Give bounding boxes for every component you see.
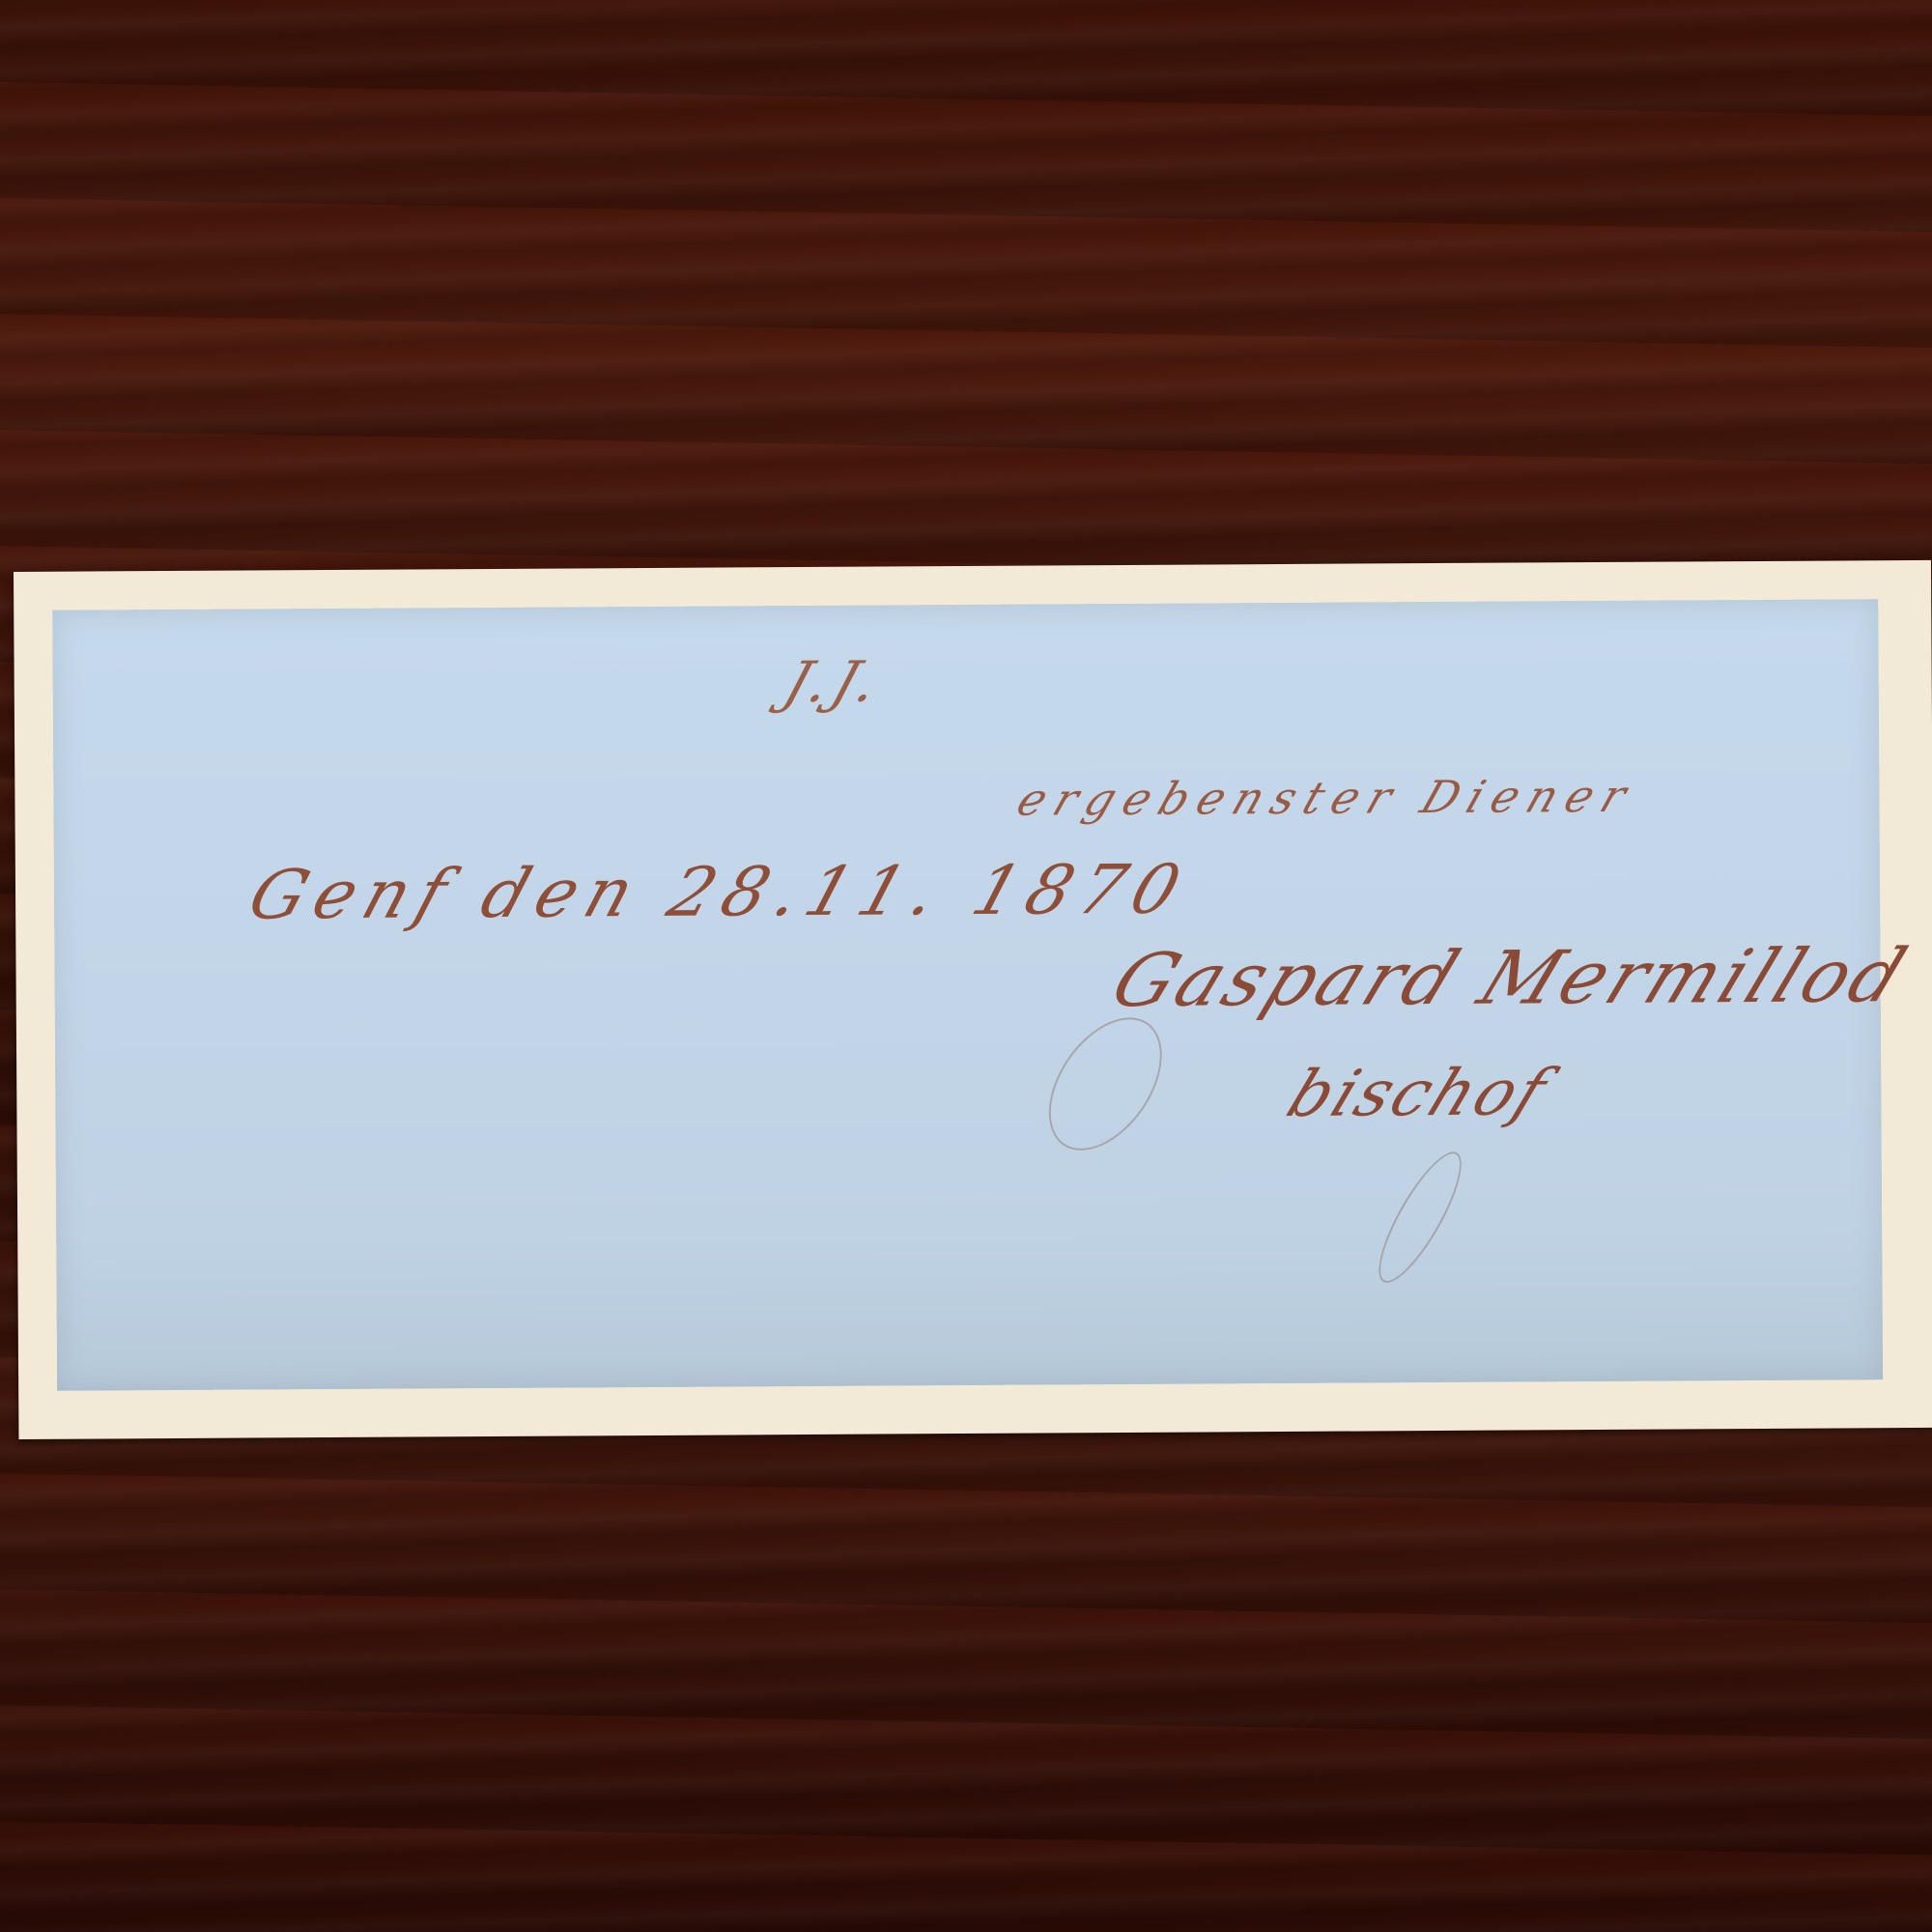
mounting-card: J.J. ergebenster Diener Genf den 28.11. … <box>14 560 1932 1439</box>
signature-flourish <box>1026 997 1185 1171</box>
title-text: bischof <box>1277 1055 1560 1131</box>
closing-text: ergebenster Diener <box>1010 770 1643 826</box>
signature-text: Gaspard Mermillod <box>1100 932 1921 1023</box>
title-flourish <box>1365 1142 1475 1293</box>
salutation-text: J.J. <box>777 648 893 715</box>
blue-note-paper: J.J. ergebenster Diener Genf den 28.11. … <box>52 599 1883 1391</box>
place-date-text: Genf den 28.11. 1870 <box>240 850 1199 935</box>
